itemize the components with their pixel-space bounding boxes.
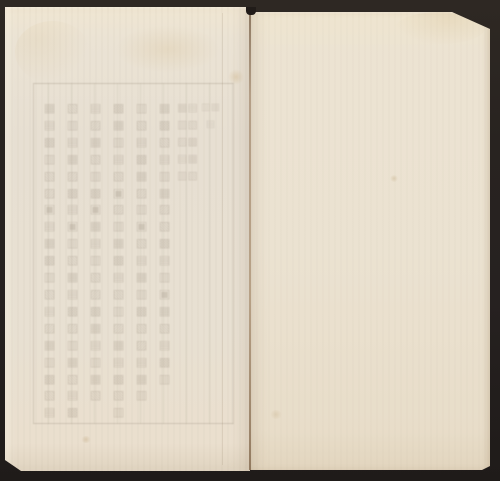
bleed-text-column: ▤▧▦▨▥▩▣▦▤▥▨▧▩▦▤▥▦▨ — [84, 100, 107, 423]
right-page — [250, 12, 490, 470]
foxing-stain — [395, 12, 485, 44]
bleed-text-column: ▦▩▨▤▥▦▧▨▩▤▥▣▦▨▤▩▥ — [153, 100, 176, 423]
foxing-stain — [81, 436, 91, 443]
foxing-stain — [15, 21, 90, 83]
fold-top-notch — [246, 7, 256, 15]
foxing-stain — [115, 25, 220, 73]
left-page: ▦▤▩▥▨▧▣▤▦▩▥▨▤▧▦▥▩▨▤ ▨▥▤▦▧▩▤▣▥▨▦▤▩▧▥▦▨▤▩ … — [5, 7, 250, 471]
bleed-text-column: ▦▥▤ — [199, 100, 222, 423]
bleed-text-column: ▩▦▥▤▨▣▧▥▦▩▤▨▥▧▦▤▩▨▥ — [107, 100, 130, 423]
scan-background: ▦▤▩▥▨▧▣▤▦▩▥▨▤▧▦▥▩▨▤ ▨▥▤▦▧▩▤▣▥▨▦▤▩▧▥▦▨▤▩ … — [0, 0, 500, 481]
bleed-text-column: ▥▨▤▩▦▧▥▣▨▤▦▥▩▨▧▤▦▥ — [130, 100, 153, 423]
bleed-text-column: ▦▤▩▥▨▧▣▤▦▩▥▨▤▧▦▥▩▨▤ — [38, 100, 61, 423]
bleed-text-column: ▤▦▨▥▩▧▦▤▨▥ — [176, 100, 199, 423]
center-fold-line — [249, 13, 251, 470]
foxing-stain — [390, 175, 398, 182]
bleed-text-column: ▨▥▤▦▧▩▤▣▥▨▦▤▩▧▥▦▨▤▩ — [61, 100, 84, 423]
bleed-through-text-block: ▦▤▩▥▨▧▣▤▦▩▥▨▤▧▦▥▩▨▤ ▨▥▤▦▧▩▤▣▥▨▦▤▩▧▥▦▨▤▩ … — [33, 83, 234, 424]
foxing-stain — [270, 410, 282, 419]
page-crease-line — [222, 13, 223, 465]
